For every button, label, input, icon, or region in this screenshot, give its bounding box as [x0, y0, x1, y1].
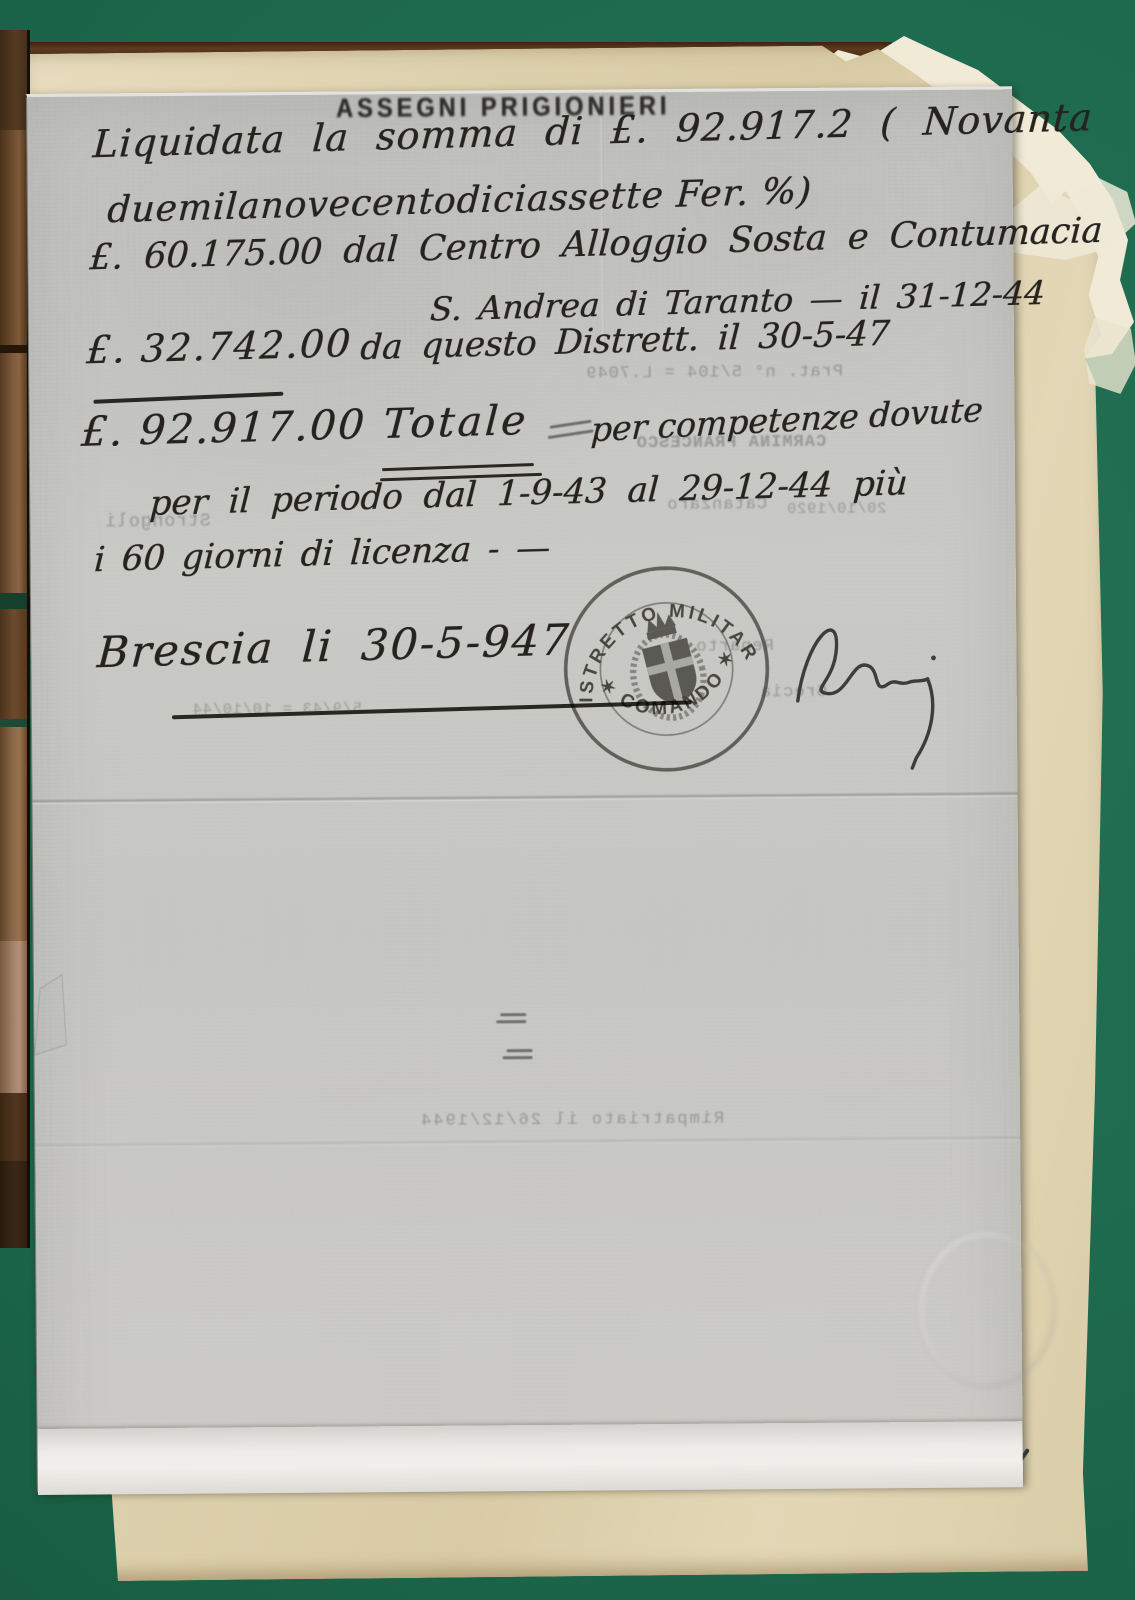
handwriting-amount-total-92917: £. 92.917.00: [80, 401, 368, 457]
wood-gap: [0, 719, 27, 727]
bleedthrough-text: Strongoli: [104, 512, 210, 533]
dash-mark: [550, 420, 592, 429]
wood-slat: [0, 1093, 27, 1161]
wood-slat: [0, 609, 27, 719]
handwriting-licenza-line: i 60 giorni di licenza - —: [93, 528, 551, 580]
bleed-mark: [503, 1056, 533, 1059]
underline-totale-1: [382, 463, 534, 471]
wood-slat: [0, 30, 27, 130]
bleed-mark: [507, 1049, 533, 1052]
stamp-bleedthrough: [916, 1229, 1057, 1390]
page-bottom-fold: [37, 1421, 1022, 1495]
bleedthrough-text: Rimpatriato il 26/12/1944: [419, 1110, 724, 1131]
wood-slat: [0, 727, 27, 941]
handwriting-totale-label: Totale: [382, 396, 530, 448]
bleed-mark: [496, 1020, 526, 1023]
bleedthrough-text: Catanzaro: [666, 495, 767, 515]
wood-gap: [0, 345, 27, 353]
fold-crease: [33, 791, 1018, 805]
dash-mark: [548, 429, 594, 439]
wood-slat: [0, 353, 27, 593]
wood-frame-left: [0, 30, 30, 1248]
document-page: ASSEGNI PRIGIONIERI Liquidata la somma d…: [26, 86, 1023, 1492]
torn-edge-shred: [1084, 318, 1135, 394]
pencil-mark: [30, 973, 75, 1065]
wood-slat: [0, 941, 27, 1093]
underline-amount-32742: [93, 392, 283, 404]
wood-slat: [0, 1161, 27, 1248]
handwriting-amount-32742: £. 32.742.00: [85, 321, 353, 372]
wood-gap: [0, 593, 27, 609]
bleedthrough-text: Reparto: [695, 637, 774, 657]
bleedthrough-text: 20/10/1920: [786, 500, 886, 518]
bleedthrough-text: Grecia: [760, 683, 827, 703]
fold-crease-faint: [35, 1135, 1020, 1149]
photo-scene: ASSEGNI PRIGIONIERI Liquidata la somma d…: [0, 0, 1135, 1600]
bleedthrough-text: Prat. n° 5/104 = L.7049: [585, 363, 843, 384]
bleed-mark: [500, 1013, 526, 1016]
bleedthrough-text: 5/9/43 = 10/10/44: [192, 700, 362, 718]
handwriting-place-date: Brescia li 30-5-947: [96, 616, 572, 679]
wood-slat: [0, 130, 27, 345]
military-district-seal: DISTRETTO MILITARE ✶ COMANDO ✶: [539, 541, 795, 797]
bleedthrough-text: CARMINA FRANCESCO: [636, 433, 827, 453]
